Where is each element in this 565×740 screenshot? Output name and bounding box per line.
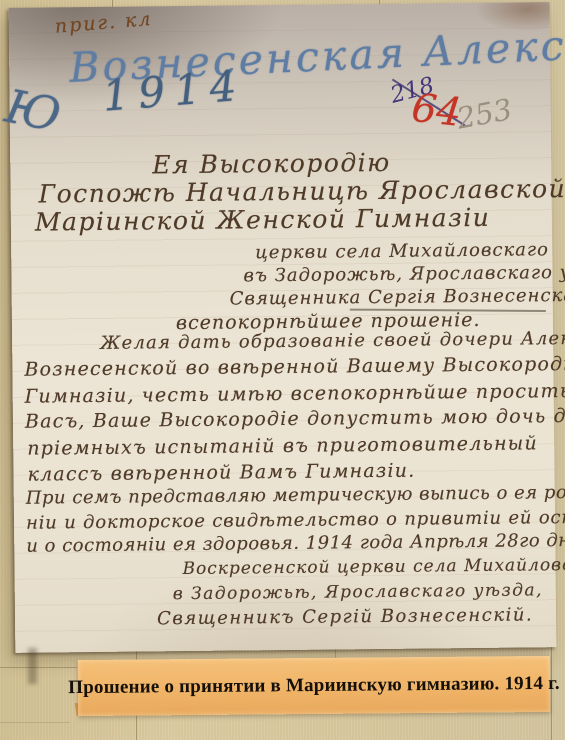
doc-line: классъ ввѣренной Вамъ Гимназіи. (27, 462, 415, 485)
doc-line: Ея Высокородію (152, 150, 391, 177)
board-seam (0, 722, 70, 723)
doc-line: и о состояніи ея здоровья. 1914 года Апр… (26, 532, 565, 556)
doc-line: Воскресенской церкви села Михайловскаго (182, 557, 565, 579)
archival-number-pencil: 253 (455, 95, 515, 134)
doc-line: ніи и докторское свидѣтельство о привиті… (26, 509, 565, 533)
caption-strip: Прошение о принятии в Мариинскую гимнази… (78, 656, 550, 716)
doc-line: церкви села Михайловскаго (255, 241, 549, 262)
doc-line: Васъ, Ваше Высокородіе допустить мою доч… (25, 407, 565, 432)
doc-line: Желая дать образованіе своей дочери Алек… (100, 329, 565, 353)
pencil-year-annotation: 1914 (101, 64, 247, 117)
doc-line: Священника Сергія Вознесенскаго (230, 287, 565, 309)
shadow-streak (28, 648, 37, 684)
doc-line: пріемныхъ испытаній въ приготовительный (27, 434, 538, 458)
doc-line: Вознесенской во ввѣренной Вашему Высокор… (24, 355, 565, 380)
photo-board: приг. кл Вознесенская Алекс Ю 1914 218 6… (0, 0, 565, 740)
board-seam (0, 667, 77, 668)
archival-class-note: приг. кл (54, 10, 153, 37)
doc-line: Маріинской Женской Гимназіи (35, 205, 491, 235)
doc-line: Гимназіи, честь имѣю всепокорнѣйше проси… (25, 382, 565, 407)
pencil-initial-annotation: Ю (2, 83, 65, 139)
doc-line: При семъ представляю метрическую выпись … (26, 483, 565, 507)
document-sheet: приг. кл Вознесенская Алекс Ю 1914 218 6… (9, 2, 557, 653)
doc-line: в Задорожьѣ, Ярославскаго уѣзда, (173, 582, 543, 603)
caption-text: Прошение о принятии в Мариинскую гимнази… (68, 673, 560, 699)
doc-line: въ Задорожьѣ, Ярославскаго уѣзда, (243, 263, 565, 285)
doc-line: Священникъ Сергій Вознесенскій. (157, 606, 533, 628)
